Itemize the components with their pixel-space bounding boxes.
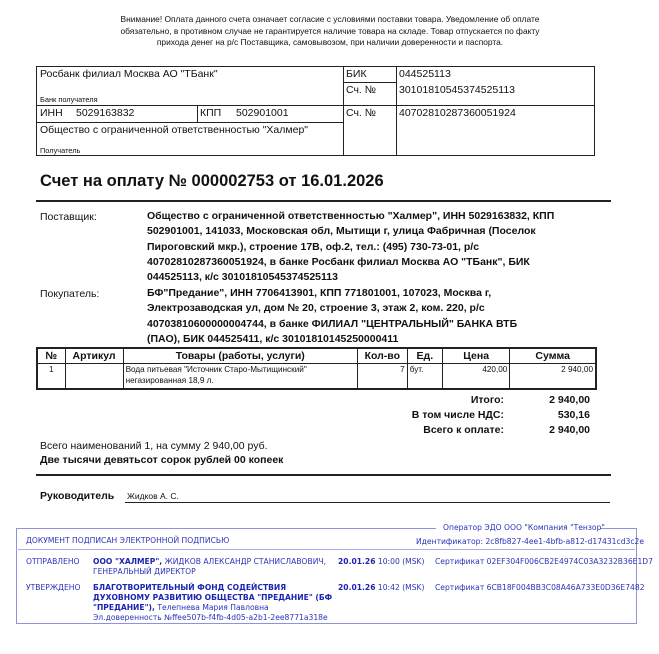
divider	[343, 82, 396, 83]
power-of-attorney: Эл.доверенность №ffee507b-f4fb-4d05-a2b1…	[93, 613, 328, 622]
supplier-details: Общество с ограниченной ответственностью…	[147, 209, 607, 285]
buyer-label: Покупатель:	[40, 288, 99, 300]
col-goods: Товары (работы, услуги)	[123, 348, 357, 364]
cell-goods: Вода питьевая "Источник Старо-Мытищински…	[123, 364, 357, 390]
amount-in-words: Две тысячи девятьсот сорок рублей 00 коп…	[40, 454, 283, 466]
bank-name: Росбанк филиал Москва АО "ТБанк"	[40, 68, 218, 80]
bik-value: 044525113	[399, 68, 451, 80]
payment-notice: Внимание! Оплата данного счета означает …	[60, 14, 600, 49]
recipient-name: Общество с ограниченной ответственностью…	[40, 124, 308, 136]
corr-account-label: Сч. №	[346, 84, 376, 96]
recipient-label: Получатель	[40, 146, 80, 155]
cell-sum: 2 940,00	[510, 364, 596, 390]
approver-certificate: Сертификат 6CB18F004BB3C08A46A733E0D36E7…	[435, 583, 645, 592]
supplier-label: Поставщик:	[40, 211, 97, 223]
total-row: Итого:	[340, 394, 504, 408]
cell-qty: 7	[357, 364, 407, 390]
approver-org-line: "ПРЕДАНИЕ"),	[93, 603, 155, 612]
payable-row: Всего к оплате:	[340, 424, 504, 438]
col-unit: Ед.	[407, 348, 442, 364]
account-label: Сч. №	[346, 107, 376, 119]
sender-position: ГЕНЕРАЛЬНЫЙ ДИРЕКТОР	[93, 567, 196, 576]
director-name: Жидков А. С.	[127, 491, 179, 501]
supplier-line: 502901001, 141033, Московская обл, Мытищ…	[147, 224, 607, 239]
buyer-line: 40703810600000004744, в банке ФИЛИАЛ "ЦЕ…	[147, 317, 607, 332]
corr-account-value: 30101810545374525113	[399, 84, 515, 96]
sender-info: ООО "ХАЛМЕР", ЖИДКОВ АЛЕКСАНДР СТАНИСЛАВ…	[93, 557, 326, 566]
vat-value: 530,16	[510, 409, 590, 423]
summary-rule	[36, 474, 611, 476]
col-article: Артикул	[65, 348, 123, 364]
cell-unit: бут.	[407, 364, 442, 390]
stamp-separator	[18, 549, 635, 550]
buyer-line: БФ"Предание", ИНН 7706413901, КПП 771801…	[147, 286, 607, 301]
col-sum: Сумма	[510, 348, 596, 364]
goods-table: № Артикул Товары (работы, услуги) Кол-во…	[36, 347, 597, 390]
buyer-details: БФ"Предание", ИНН 7706413901, КПП 771801…	[147, 286, 607, 347]
inn-label: ИНН	[40, 107, 63, 119]
approver-info: "ПРЕДАНИЕ"), Телепнева Мария Павловна	[93, 603, 269, 612]
sent-date: 20.01.26	[338, 557, 375, 566]
signed-heading: ДОКУМЕНТ ПОДПИСАН ЭЛЕКТРОННОЙ ПОДПИСЬЮ	[26, 536, 229, 545]
supplier-line: Общество с ограниченной ответственностью…	[147, 209, 607, 224]
vat-label: В том числе НДС:	[412, 409, 504, 421]
title-rule	[36, 200, 611, 202]
invoice-title: Счет на оплату № 000002753 от 16.01.2026	[40, 172, 384, 191]
inn-value: 5029163832	[76, 107, 134, 119]
divider	[396, 67, 397, 155]
table-row: 1 Вода питьевая "Источник Старо-Мытищинс…	[37, 364, 596, 390]
director-label: Руководитель	[40, 490, 114, 502]
approver-person: Телепнева Мария Павловна	[155, 603, 269, 612]
signature-line	[125, 502, 610, 503]
bik-label: БИК	[346, 68, 367, 80]
stamp-border	[16, 528, 436, 529]
total-value: 2 940,00	[510, 394, 590, 408]
sender-certificate: Сертификат 02EF304F006CB2E4974C03A3232B3…	[435, 557, 653, 566]
status-approved: УТВЕРЖДЕНО	[26, 583, 80, 592]
document-identifier: Идентификатор: 2c8fb827-4ee1-4bfb-a812-d…	[416, 537, 644, 546]
approved-datetime: 20.01.26 10:42 (MSK)	[338, 583, 424, 592]
edo-operator: Оператор ЭДО ООО "Компания "Тензор"	[443, 523, 605, 532]
goods-name-line: Вода питьевая "Источник Старо-Мытищински…	[126, 365, 355, 376]
table-header-row: № Артикул Товары (работы, услуги) Кол-во…	[37, 348, 596, 364]
kpp-label: КПП	[200, 107, 221, 119]
cell-article	[65, 364, 123, 390]
sent-time: 10:00 (MSK)	[375, 557, 424, 566]
notice-line: Внимание! Оплата данного счета означает …	[60, 14, 600, 26]
bank-label: Банк получателя	[40, 95, 98, 104]
goods-name-line: негазированная 18,9 л.	[126, 376, 355, 387]
notice-line: прихода денег на р/с Поставщика, самовыв…	[60, 37, 600, 49]
approver-org-line: БЛАГОТВОРИТЕЛЬНЫЙ ФОНД СОДЕЙСТВИЯ	[93, 583, 286, 592]
approver-org-line: ДУХОВНОМУ РАЗВИТИЮ ОБЩЕСТВА "ПРЕДАНИЕ" (…	[93, 593, 332, 602]
sender-person: ЖИДКОВ АЛЕКСАНДР СТАНИСЛАВОВИЧ,	[162, 557, 326, 566]
approved-time: 10:42 (MSK)	[375, 583, 424, 592]
buyer-line: Электрозаводская ул, дом № 20, строение …	[147, 301, 607, 316]
payable-label: Всего к оплате:	[423, 424, 504, 436]
notice-line: обязательно, в противном случае не гаран…	[60, 26, 600, 38]
supplier-line: 044525113, к/с 30101810545374525113	[147, 270, 607, 285]
supplier-line: 40702810287360051924, в банке Росбанк фи…	[147, 255, 607, 270]
sender-org: ООО "ХАЛМЕР",	[93, 557, 162, 566]
buyer-line: (ПАО), БИК 044525411, к/с 30101810145250…	[147, 332, 607, 347]
bank-details-table: Росбанк филиал Москва АО "ТБанк" Банк по…	[36, 66, 595, 156]
divider	[37, 122, 343, 123]
stamp-border	[600, 528, 637, 529]
total-label: Итого:	[471, 394, 504, 406]
divider	[197, 105, 198, 122]
items-summary: Всего наименований 1, на сумму 2 940,00 …	[40, 440, 268, 452]
vat-row: В том числе НДС:	[340, 409, 504, 423]
cell-number: 1	[37, 364, 65, 390]
payable-value: 2 940,00	[510, 424, 590, 438]
supplier-line: Пироговский мкр.), строение 17В, оф.2, т…	[147, 240, 607, 255]
col-number: №	[37, 348, 65, 364]
kpp-value: 502901001	[236, 107, 289, 119]
col-qty: Кол-во	[357, 348, 407, 364]
account-value: 40702810287360051924	[399, 107, 516, 119]
status-sent: ОТПРАВЛЕНО	[26, 557, 80, 566]
divider	[37, 105, 594, 106]
cell-price: 420,00	[442, 364, 509, 390]
col-price: Цена	[442, 348, 509, 364]
sent-datetime: 20.01.26 10:00 (MSK)	[338, 557, 424, 566]
approved-date: 20.01.26	[338, 583, 375, 592]
divider	[343, 67, 344, 155]
